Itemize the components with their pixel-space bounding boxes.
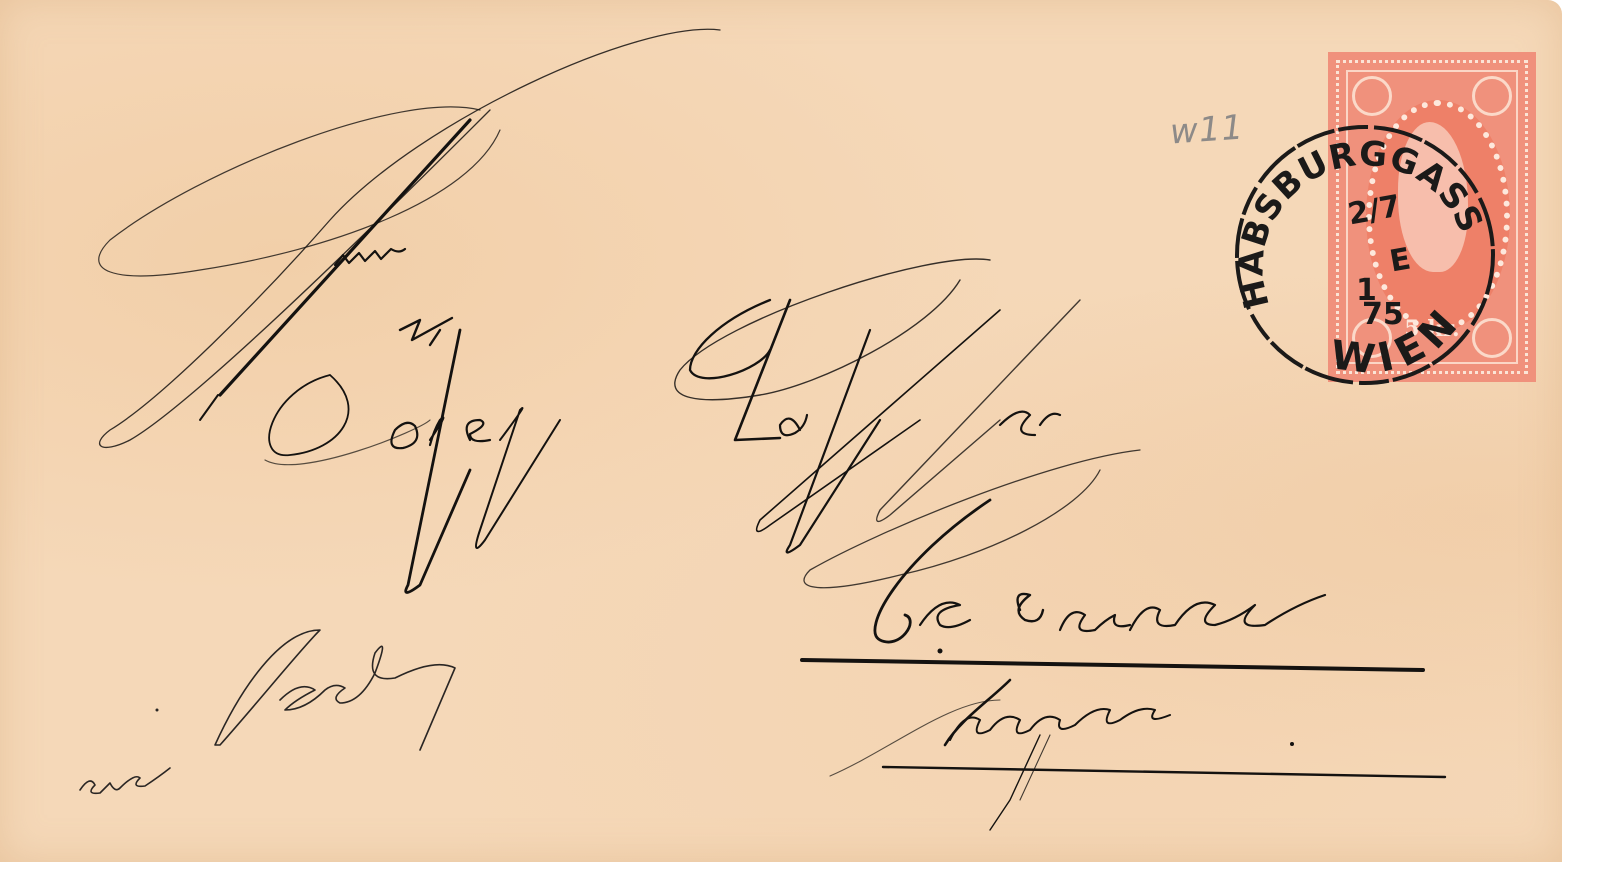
postmark-date-year: 75 [1362,300,1404,330]
envelope: w11 5 kr. [0,0,1562,862]
postmark-date-day: 2/7 [1346,192,1403,231]
postmark: HABSBURGGASSE WIEN [1230,120,1500,390]
